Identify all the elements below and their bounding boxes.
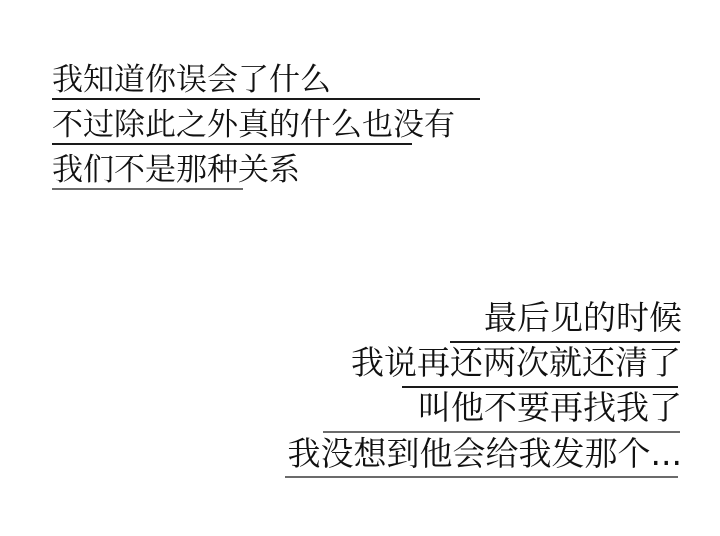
caption-line-2: 不过除此之外真的什么也没有 (52, 107, 455, 143)
comic-panel: 我知道你误会了什么 不过除此之外真的什么也没有 我们不是那种关系 最后见的时候 … (0, 0, 720, 536)
caption-line-6: 叫他不要再找我了 (418, 390, 682, 426)
caption-line-7: 我没想到他会给我发那个... (288, 436, 682, 472)
underline-3 (52, 188, 243, 190)
underline-6 (323, 431, 680, 433)
underline-2 (52, 143, 412, 145)
caption-line-5: 我说再还两次就还清了 (351, 345, 681, 381)
caption-line-3: 我们不是那种关系 (52, 152, 300, 188)
caption-line-4: 最后见的时候 (484, 300, 682, 336)
underline-7 (285, 476, 678, 478)
underline-1 (52, 98, 480, 100)
caption-line-1: 我知道你误会了什么 (52, 62, 331, 98)
